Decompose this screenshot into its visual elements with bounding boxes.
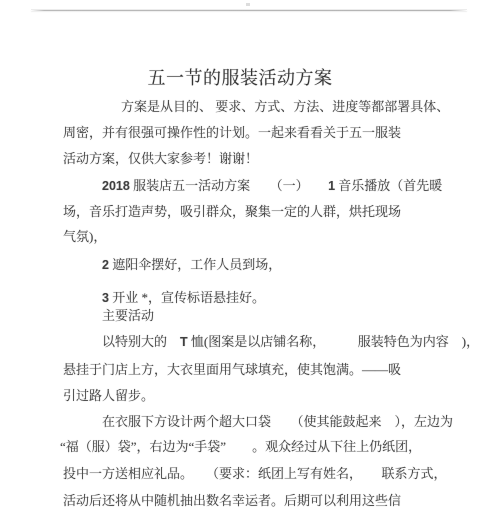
list-number: 3 [102, 291, 109, 305]
text-segment: 方案是从目的、 要求、方式、方法、进度等都部署具体、 [121, 99, 449, 114]
text-line: 2 遮阳伞摆好，工作人员到场， [102, 258, 281, 272]
page-top-mark [246, 3, 250, 6]
text-segment: 开业 *，宣传标语悬挂好。 [109, 290, 265, 305]
text-line: 气氛)， [63, 230, 106, 244]
text-segment: 投中一方送相应礼品。 （要求：纸团上写有姓名， 联系方式， [63, 466, 447, 481]
text-segment: 以特别大的 [102, 334, 180, 349]
text-segment: 遮阳伞摆好，工作人员到场， [109, 257, 281, 272]
text-segment: 周密，并有很强可操作性的计划。一起来看看关于五一服装 [63, 125, 401, 140]
text-line: 以特别大的 T 恤(图案是以店铺名称， 服装特色为内容 )， [102, 335, 479, 349]
list-number: 1 [328, 179, 335, 193]
text-line: 悬挂于门店上方，大衣里面用气球填充，使其饱满。——吸 [63, 363, 401, 377]
list-number: 2 [102, 258, 109, 272]
text-line: 主要活动 [102, 309, 154, 323]
text-segment: 恤(图案是以店铺名称， 服装特色为内容 )， [188, 334, 479, 349]
text-segment: 在衣服下方设计两个超大口袋 （使其能鼓起来 ），左边为 [102, 414, 453, 429]
text-segment: 场，音乐打造声势，吸引群众，聚集一定的人群，烘托现场 [63, 204, 401, 219]
text-line: 3 开业 *，宣传标语悬挂好。 [102, 291, 265, 305]
text-line: 引过路人留步。 [63, 389, 154, 403]
text-line: “福（服）袋”，右边为“手袋” 。观众经过从下往上仍纸团， [60, 440, 421, 454]
text-line: 场，音乐打造声势，吸引群众，聚集一定的人群，烘托现场 [63, 205, 401, 219]
year-number: 2018 [102, 179, 130, 193]
page-top-divider [31, 9, 467, 11]
text-segment: 活动方案，仅供大家参考！谢谢！ [63, 151, 258, 166]
text-segment: 音乐播放（首先暖 [335, 178, 442, 193]
text-line: 方案是从目的、 要求、方式、方法、进度等都部署具体、 [121, 100, 449, 114]
text-segment: “福（服）袋”，右边为“手袋” 。观众经过从下往上仍纸团， [60, 439, 421, 454]
text-line: 2018 服装店五一活动方案 （一） 1 音乐播放（首先暖 [102, 179, 442, 193]
text-segment: 悬挂于门店上方，大衣里面用气球填充，使其饱满。——吸 [63, 362, 401, 377]
text-segment: 服装店五一活动方案 （一） [130, 178, 328, 193]
text-line: 活动方案，仅供大家参考！谢谢！ [63, 152, 258, 166]
letter-T: T [180, 335, 188, 349]
text-segment: 气氛)， [63, 229, 106, 244]
text-segment: 活动后还将从中随机抽出数名幸运者。后期可以利用这些信 [63, 493, 401, 508]
text-segment: 主要活动 [102, 308, 154, 323]
text-segment: 引过路人留步。 [63, 388, 154, 403]
text-line: 周密，并有很强可操作性的计划。一起来看看关于五一服装 [63, 126, 401, 140]
text-line: 在衣服下方设计两个超大口袋 （使其能鼓起来 ），左边为 [102, 415, 453, 429]
text-line: 活动后还将从中随机抽出数名幸运者。后期可以利用这些信 [63, 494, 401, 508]
text-line: 投中一方送相应礼品。 （要求：纸团上写有姓名， 联系方式， [63, 467, 447, 481]
document-page: 五一节的服装活动方案 方案是从目的、 要求、方式、方法、进度等都部署具体、 周密… [0, 0, 500, 515]
document-title: 五一节的服装活动方案 [0, 64, 480, 90]
